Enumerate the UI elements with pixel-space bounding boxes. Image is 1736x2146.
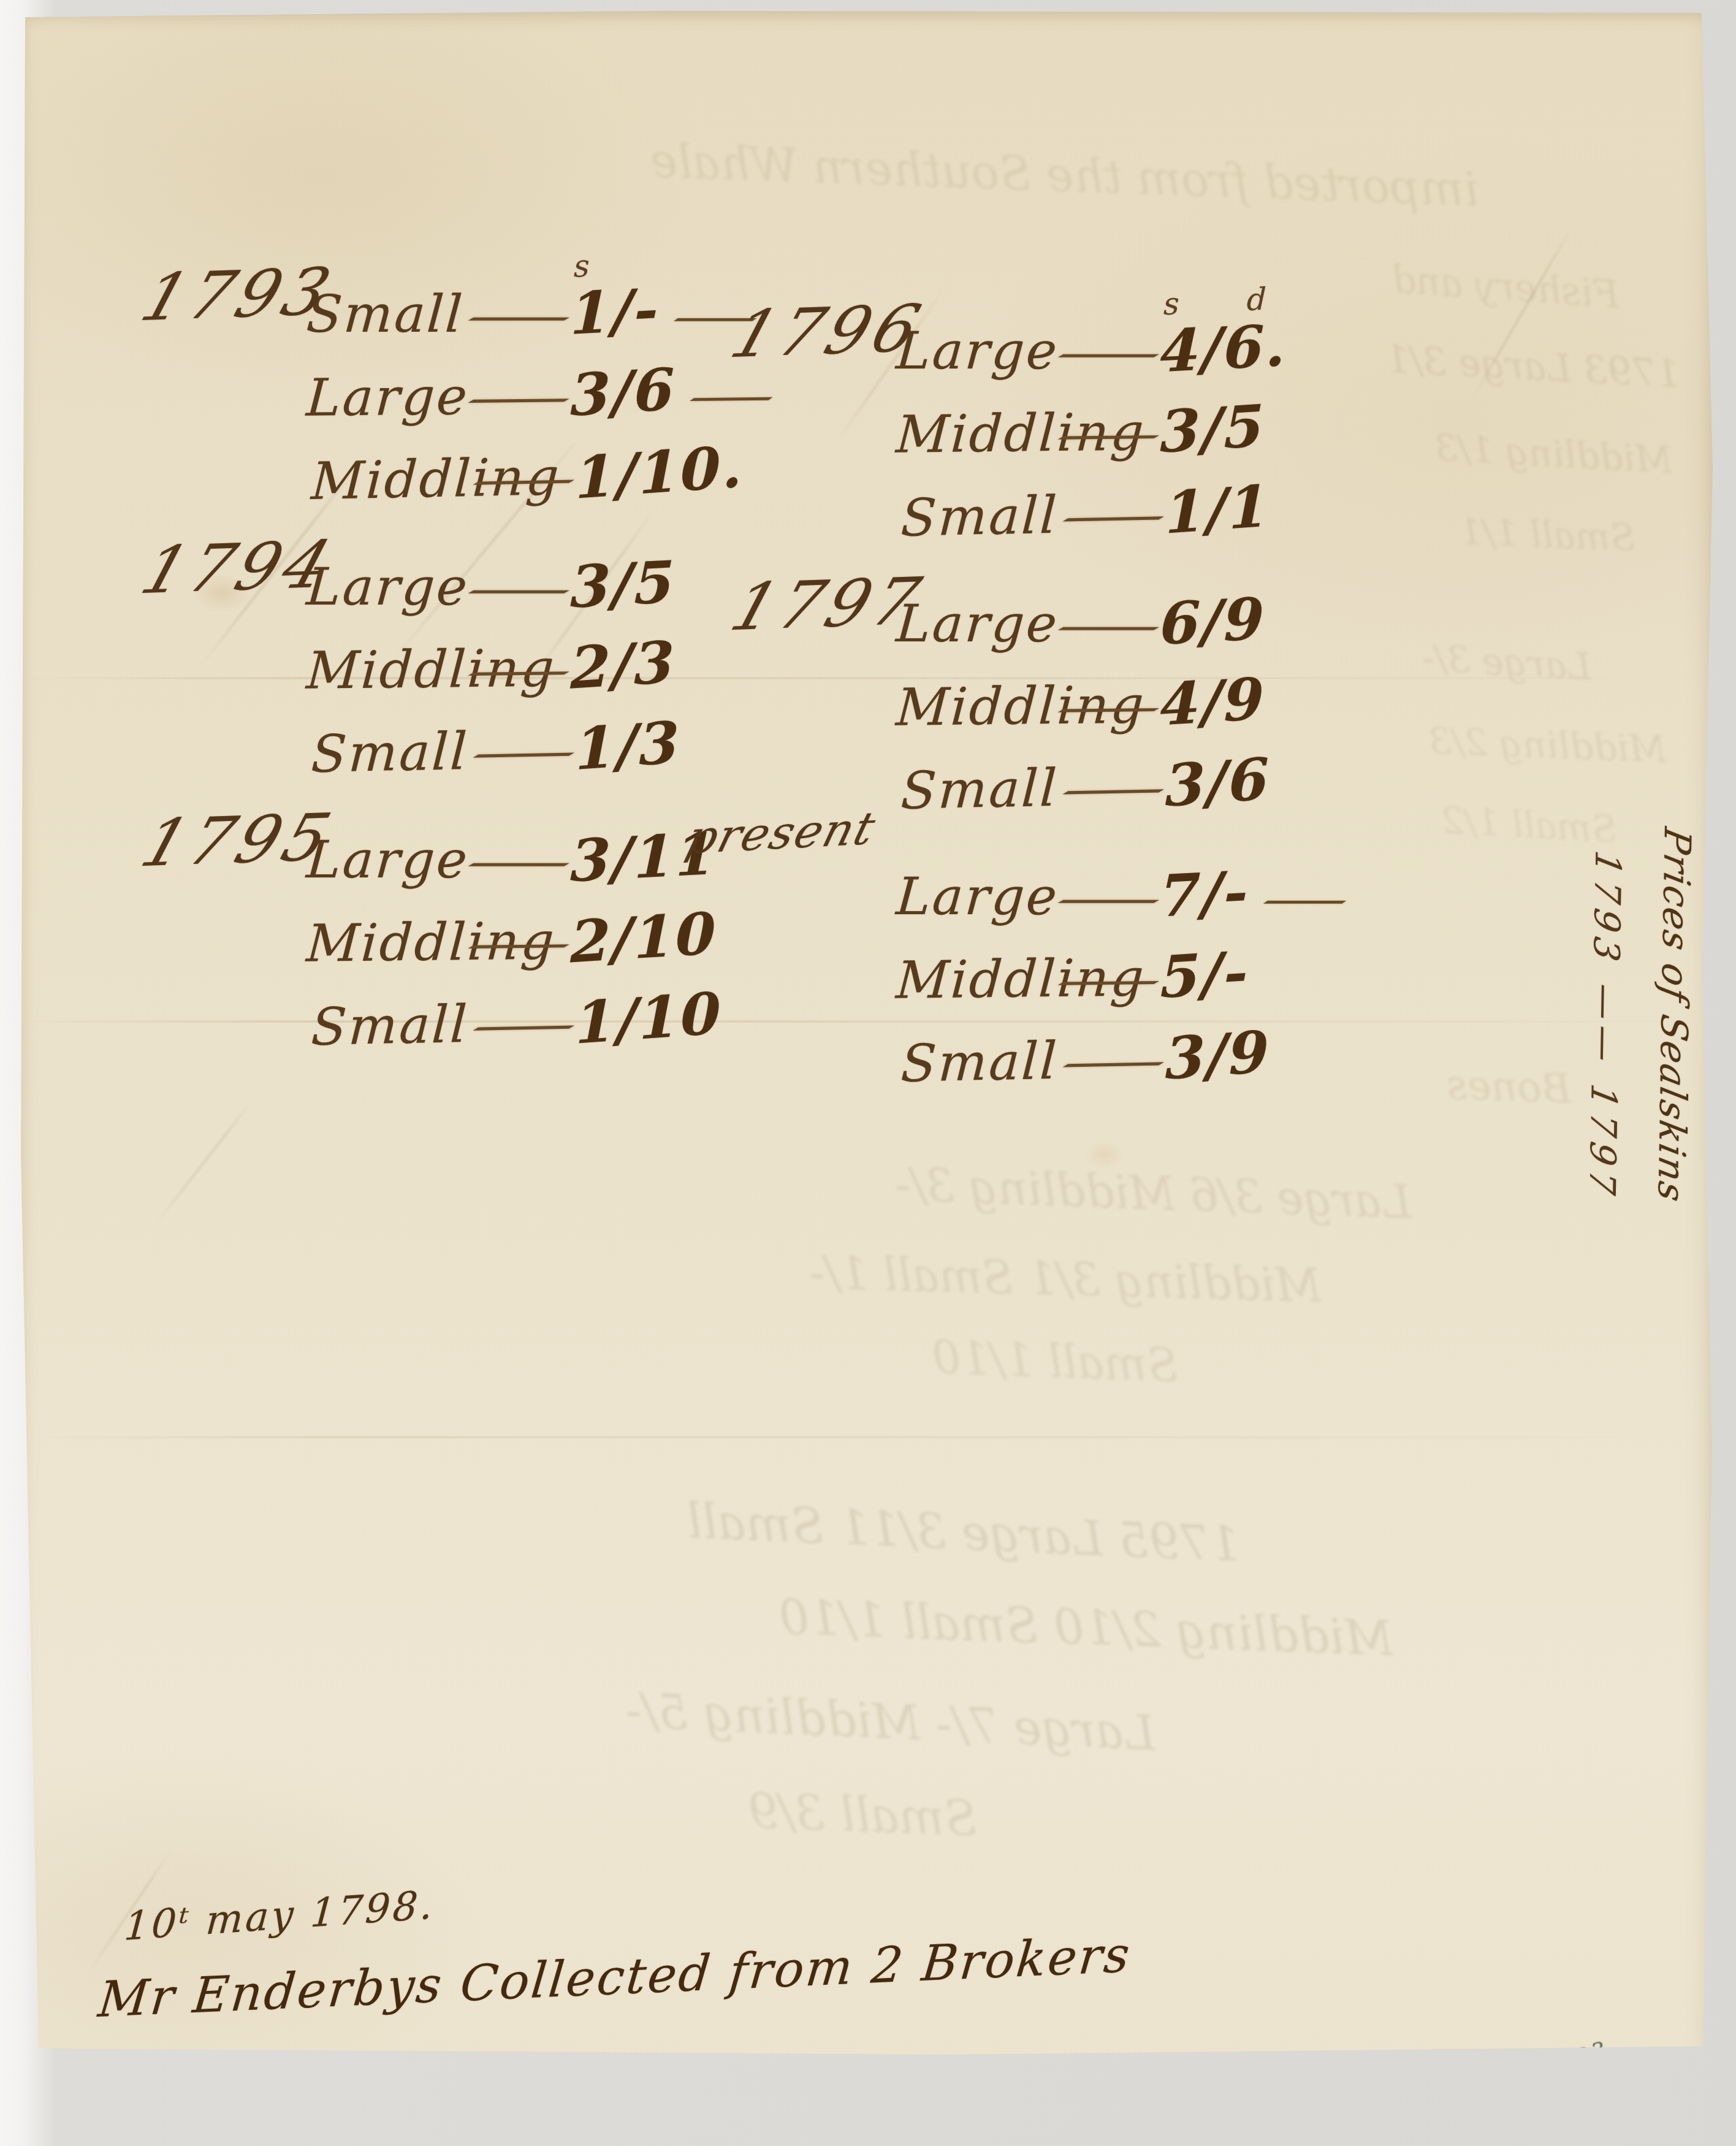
price-column-left: 1793Small—1/-s—Large—3/6—Middling—1/10.1… [306, 278, 757, 1097]
price-row: Small—1/3 [309, 710, 764, 800]
price-value: 1/10. [575, 433, 743, 512]
manuscript-page: imported from the Southern WhaleFishery … [18, 10, 1715, 2092]
price-row: Small—1/1 [899, 474, 1338, 564]
bleedthrough-text: 1795 Large 3/11 Small [685, 1494, 1241, 1573]
year-block: 1796Large—4/6.s dMiddling—3/5Small—1/1 [896, 315, 1331, 560]
bleedthrough-text: Fishery and [1390, 256, 1621, 317]
bleedthrough-text: Small 1/10 [931, 1331, 1179, 1392]
price-value: 2/3 [570, 628, 676, 703]
price-row: Small—1/10 [309, 983, 764, 1073]
price-row: Middling—2/3 [304, 630, 760, 717]
price-value: 4/6.s d [1160, 312, 1287, 386]
year-label: 1793 [132, 254, 344, 335]
price-row: Middling—3/5 [894, 394, 1333, 480]
price-value: 2/10 [570, 900, 717, 977]
trailing-dash: — [1236, 873, 1379, 925]
showthrough-stroke [1470, 225, 1574, 402]
year-label: 1795 [132, 800, 344, 881]
price-value: 4/9 [1160, 665, 1265, 739]
date-inscription: 10ᵗ may 1798. [123, 1882, 436, 1950]
bleedthrough-text: Large 7/- Middling 5/- [624, 1683, 1156, 1762]
price-value: 3/6 [570, 356, 676, 430]
year-label: 1797 [722, 563, 934, 645]
bleedthrough-text: imported from the Southern Whale [649, 133, 1480, 216]
year-block: 1797Large—6/9Middling—4/9Small—3/6 [896, 588, 1331, 833]
bleedthrough-text: Small 3/9 [747, 1784, 978, 1847]
bleedthrough-text: Middling 1/3 [1433, 427, 1673, 482]
price-row: Small—3/9 [899, 1020, 1338, 1110]
price-value: 3/5 [1160, 392, 1265, 467]
fold-crease [18, 1436, 1715, 1438]
docket-title: Prices of Sealskins [1637, 822, 1711, 1209]
year-block: 1794Large—3/5Middling—2/3Small—1/3 [306, 551, 757, 796]
year-label: 1796 [722, 291, 934, 372]
bleedthrough-text: Middling 3/1 Small 1/- [809, 1247, 1322, 1313]
price-row: 1796Large—4/6.s d [893, 315, 1333, 397]
bleedthrough-text: Bones [1446, 1061, 1572, 1112]
year-block: presentLarge—7/-—Middling—5/-Small—3/9 [896, 861, 1331, 1105]
bleedthrough-text: Middling 2/3 [1428, 720, 1667, 771]
archival-mark-sup: 3 [1589, 2038, 1607, 2065]
bleedthrough-text: Middling Small [422, 2047, 718, 2102]
year-label: 1794 [132, 527, 344, 608]
currency-note: s [574, 248, 592, 284]
price-value: 1/1 [1165, 473, 1270, 548]
price-value: 5/- [1160, 939, 1249, 1012]
photo-backdrop: imported from the Southern WhaleFishery … [0, 0, 1736, 2146]
bleedthrough-text: Small 1/1 [1458, 511, 1636, 560]
showthrough-stroke [153, 1099, 254, 1226]
price-value: 3/9 [1165, 1018, 1270, 1093]
price-column-right: 1796Large—4/6.s dMiddling—3/5Small—1/117… [896, 315, 1331, 1134]
price-row: Middling—5/- [894, 940, 1333, 1026]
year-label: present [681, 802, 881, 865]
price-row: Middling—2/10 [304, 903, 760, 990]
price-value: 3/5 [570, 549, 676, 622]
archival-mark: A783 [1521, 2038, 1609, 2091]
fold-crease [18, 1020, 1715, 1023]
price-row: 1794Large—3/5 [303, 551, 759, 633]
price-value: 1/-s [570, 276, 660, 348]
bleedthrough-text: Large 3/- [1421, 637, 1592, 689]
price-row: Small—3/6 [899, 747, 1338, 837]
docket-annotation: Prices of Sealskins 1793 —— 1797 [1567, 827, 1711, 1203]
price-row: Large—3/6— [304, 357, 760, 444]
bleedthrough-text: Large 3/6 Middling 3/- [894, 1158, 1413, 1229]
price-row: 1793Small—1/-s— [303, 278, 759, 360]
bleedthrough-text: 1793 Large 3/1 [1384, 336, 1681, 396]
trailing-dash: — [663, 368, 806, 422]
year-block: 1793Small—1/-s—Large—3/6—Middling—1/10. [306, 278, 757, 523]
collection-note: Mr Enderbys Collected from 2 Brokers [96, 1926, 1133, 2028]
price-row: Middling—4/9 [894, 667, 1333, 753]
price-value: 7/- [1160, 858, 1250, 930]
bleedthrough-text: Middling 2/10 Small 1/10 [778, 1590, 1395, 1667]
price-value: 1/10 [575, 980, 721, 1058]
fold-crease [18, 677, 1715, 679]
price-row: 1797Large—6/9 [893, 588, 1333, 670]
archival-mark-base: A78 [1521, 2041, 1595, 2091]
docket-year-range: 1793 —— 1797 [1567, 845, 1642, 1232]
price-row: Middling—1/10. [309, 437, 764, 527]
price-value: 6/9 [1160, 586, 1266, 659]
currency-note: s d [1163, 281, 1268, 322]
price-value: 3/6 [1165, 746, 1270, 820]
price-row: presentLarge—7/-— [893, 861, 1333, 942]
price-value: 1/3 [575, 709, 680, 784]
